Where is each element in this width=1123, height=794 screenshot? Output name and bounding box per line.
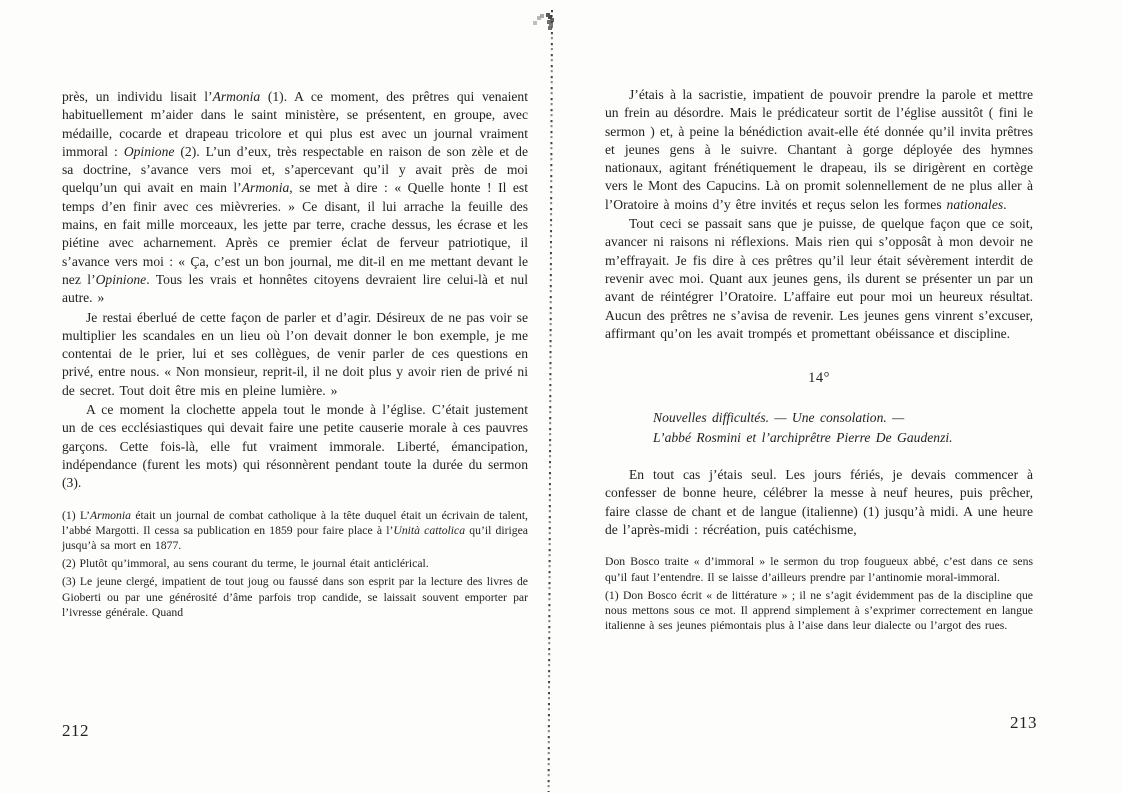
gutter-smudge	[546, 13, 550, 17]
footnote: (2) Plutôt qu’immoral, au sens courant d…	[62, 556, 528, 571]
gutter-fold	[548, 10, 553, 792]
paragraph: En tout cas j’étais seul. Les jours féri…	[605, 466, 1033, 539]
section-subtitle-line: L’abbé Rosmini et l’archiprêtre Pierre D…	[653, 428, 1033, 448]
paragraph: Tout ceci se passait sans que je puisse,…	[605, 215, 1033, 343]
page-right: J’étais à la sacristie, impatient de pou…	[605, 86, 1033, 633]
paragraph: A ce moment la clochette appela tout le …	[62, 401, 528, 492]
page-number-left: 212	[62, 721, 89, 741]
book-scan: près, un individu lisait l’Armonia (1). …	[0, 0, 1123, 794]
page-number-right: 213	[1010, 713, 1037, 733]
section-subtitle-line: Nouvelles difficultés. — Une consolation…	[653, 408, 1033, 428]
footnotes-right: Don Bosco traite « d’immoral » le sermon…	[605, 554, 1033, 633]
section-subtitle: Nouvelles difficultés. — Une consolation…	[605, 408, 1033, 447]
footnote: (1) L’Armonia était un journal de combat…	[62, 508, 528, 554]
footnote: (3) Le jeune clergé, impatient de tout j…	[62, 574, 528, 620]
footnote: Don Bosco traite « d’immoral » le sermon…	[605, 554, 1033, 584]
section-heading: 14°	[605, 370, 1033, 387]
paragraph: J’étais à la sacristie, impatient de pou…	[605, 86, 1033, 214]
page-left: près, un individu lisait l’Armonia (1). …	[62, 88, 528, 620]
paragraph: près, un individu lisait l’Armonia (1). …	[62, 88, 528, 308]
footnote: (1) Don Bosco écrit « de littérature » ;…	[605, 588, 1033, 634]
footnotes-left: (1) L’Armonia était un journal de combat…	[62, 508, 528, 620]
paragraph: Je restai éberlué de cette façon de parl…	[62, 309, 528, 400]
